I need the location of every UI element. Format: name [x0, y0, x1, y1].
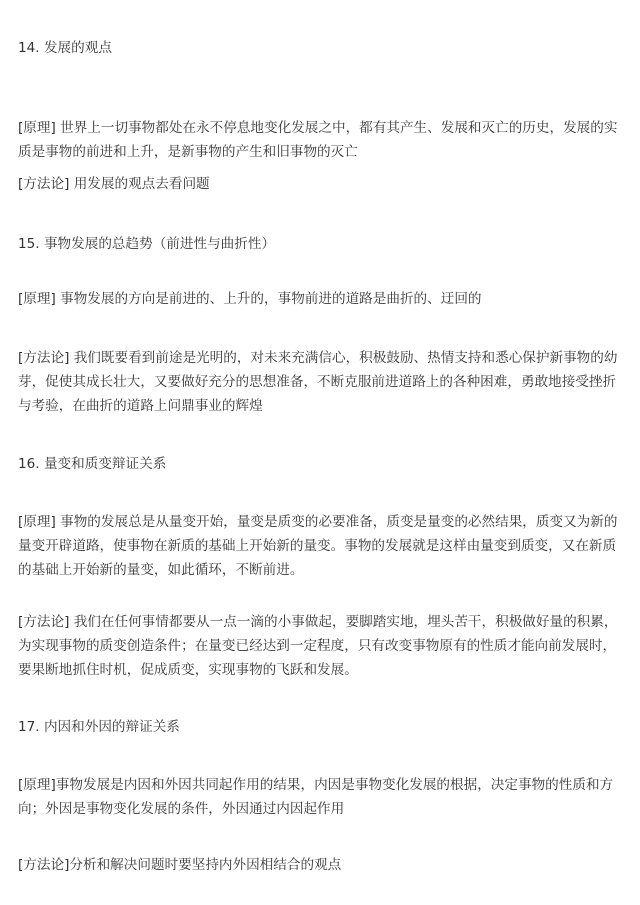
section-15-heading: 15. 事物发展的总趋势（前进性与曲折性）	[18, 232, 626, 256]
section-16-methodology: [方法论] 我们在任何事情都要从一点一滴的小事做起，要脚踏实地，埋头苦干，积极做…	[18, 610, 626, 682]
document: 14. 发展的观点 [原理] 世界上一切事物都处在永不停息地变化发展之中，都有其…	[0, 0, 640, 905]
section-16-principle: [原理] 事物的发展总是从量变开始，量变是质变的必要准备，质变是量变的必然结果，…	[18, 510, 626, 582]
section-14-principle: [原理] 世界上一切事物都处在永不停息地变化发展之中，都有其产生、发展和灭亡的历…	[18, 116, 626, 164]
section-14-methodology: [方法论] 用发展的观点去看问题	[18, 172, 626, 196]
section-15-methodology: [方法论] 我们既要看到前途是光明的，对未来充满信心，积极鼓励、热情支持和悉心保…	[18, 346, 626, 418]
section-15-principle: [原理] 事物发展的方向是前进的、上升的，事物前进的道路是曲折的、迂回的	[18, 287, 626, 311]
section-14-heading: 14. 发展的观点	[18, 36, 626, 60]
section-16-heading: 16. 量变和质变辩证关系	[18, 452, 626, 476]
section-17-principle: [原理]事物发展是内因和外因共同起作用的结果，内因是事物变化发展的根据，决定事物…	[18, 773, 626, 821]
section-17-methodology: [方法论]分析和解决问题时要坚持内外因相结合的观点	[18, 853, 626, 877]
section-17-heading: 17. 内因和外因的辩证关系	[18, 715, 626, 739]
